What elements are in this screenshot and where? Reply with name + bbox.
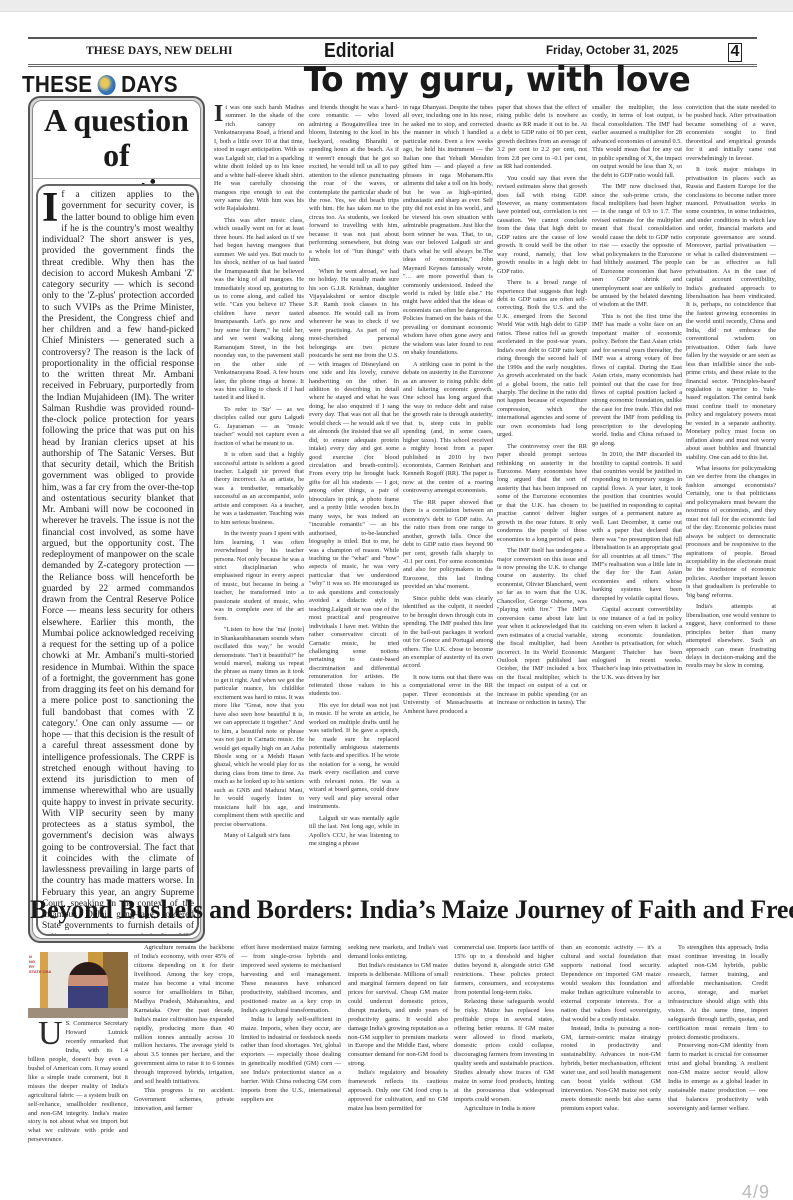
issue-date: Friday, October 31, 2025 — [546, 45, 678, 57]
maize-dropcap: U — [38, 1020, 63, 1048]
paragraph: Since public debt was clearly identified… — [403, 595, 493, 671]
lead-dropcap: I — [42, 190, 58, 226]
paragraph: Instead, India is pursuing a non-GM, far… — [561, 1025, 661, 1115]
lead-editorial-box: A question of proportion If a citizen ap… — [28, 96, 205, 943]
photo-banner-text: N NG RY STATE CHA — [29, 954, 51, 974]
paragraph: effort have modernised maize farming — f… — [241, 944, 341, 1016]
maize-column-4: commercial use. Imports face tariffs of … — [454, 944, 554, 1194]
paragraph: Lalgudi sir was mentally agile till the … — [309, 815, 399, 849]
maize-headline: Beyond Bushels and Borders: India’s Maiz… — [30, 895, 790, 925]
paragraph: It now turns out that there was a comput… — [403, 674, 493, 716]
column-brand: THESE DAYS — [22, 71, 178, 98]
feature-column-5: smaller the multiplier, the less costly,… — [592, 104, 682, 890]
paragraph: The IMF now disclosed that, since the su… — [592, 183, 682, 310]
feature-column-2: and friends thought he was a hard-core r… — [309, 104, 399, 890]
maize-column-5: than an economic activity — it's a cultu… — [561, 944, 661, 1194]
lead-headline: A question of proportion — [33, 101, 200, 179]
feature-column-3: in raga Dhanyasi. Despite the tubes all … — [403, 104, 493, 890]
paragraph: paper that shows that the effect of risi… — [497, 104, 587, 172]
brand-left: THESE — [22, 71, 92, 98]
paragraph: His eye for detail was not just in music… — [309, 702, 399, 812]
paragraph: Agriculture in India is more — [454, 1105, 554, 1114]
paragraph: Many of Lalgudi sir's fans — [214, 832, 304, 840]
paragraph: Agriculture remains the backbone of Indi… — [134, 944, 234, 1087]
paragraph: You could say that even the revised esti… — [497, 175, 587, 276]
paragraph: Capital account convertibility is one in… — [592, 606, 682, 682]
paragraph: conviction that the state needed to be p… — [686, 104, 776, 163]
paragraph: This is not the first time the IMF has m… — [592, 313, 682, 448]
paragraph: seeking new markets, and India's vast de… — [348, 944, 448, 962]
feature-dropcap: I — [214, 104, 223, 124]
paragraph: The IMF itself has undergone a major con… — [497, 547, 587, 708]
paragraph: Preserving non-GM identity from farm to … — [668, 1042, 768, 1114]
viewer-top-bar — [0, 0, 793, 12]
paragraph: There is a broad range of experience tha… — [497, 279, 587, 440]
lead-body: If a citizen applies to the government f… — [36, 184, 199, 936]
paragraph: A striking case in point is the debate o… — [403, 361, 493, 496]
paragraph: t was one such harsh Madras summer. In t… — [214, 104, 304, 212]
paragraph: It is often said that a highly successfu… — [214, 451, 304, 527]
globe-icon — [98, 75, 116, 95]
viewer-page-indicator: 4/9 — [742, 1182, 770, 1200]
paragraph: What lessons for policymaking can we der… — [686, 465, 776, 600]
paragraph: To strengthen this approach, India must … — [668, 944, 768, 1042]
maize-lead: US. Commerce Secretary Howard Lutnick re… — [28, 1020, 128, 1145]
paragraph: smaller the multiplier, the less costly,… — [592, 104, 682, 180]
paragraph: In the twenty years I spent with him lea… — [214, 530, 304, 623]
paragraph: The controversy over the RR paper should… — [497, 443, 587, 544]
paragraph: India's regulatory and biosafety framewo… — [348, 1069, 448, 1114]
feature-column-6: conviction that the state needed to be p… — [686, 104, 776, 890]
paragraph: commercial use. Imports face tariffs of … — [454, 944, 554, 998]
paragraph: "Listen to how the 'ma' [note] in Shanka… — [214, 626, 304, 829]
publication-name: THESE DAYS, NEW DELHI — [86, 45, 233, 57]
maize-column-2: effort have modernised maize farming — f… — [241, 944, 341, 1194]
paragraph: India's attempts at liberalisation, one … — [686, 603, 776, 671]
paragraph: than an economic activity — it's a cultu… — [561, 944, 661, 1025]
feature-headline: To my guru, with love — [223, 60, 770, 100]
paragraph: and friends thought he was a hard-core r… — [309, 104, 399, 265]
paragraph: The RR paper showed that there is a corr… — [403, 499, 493, 592]
paragraph: When he went abroad, we had no holiday. … — [309, 268, 399, 699]
lead-text: f a citizen applies to the government fo… — [42, 190, 194, 936]
paragraph: But India's resistance to GM maize impor… — [348, 962, 448, 1069]
paragraph: In 2010, the IMF discarded its hostility… — [592, 451, 682, 603]
paragraph: It took major mishaps in privatisation i… — [686, 166, 776, 462]
maize-column-3: seeking new markets, and India's vast de… — [348, 944, 448, 1194]
paragraph: This was after music class, which usuall… — [214, 217, 304, 403]
feature-column-1: It was one such harsh Madras summer. In … — [214, 104, 304, 890]
paragraph: To refer to 'Sir' — as we disciples call… — [214, 406, 304, 448]
paragraph: Relaxing these safeguards would be risky… — [454, 998, 554, 1105]
maize-column-1: Agriculture remains the backbone of Indi… — [134, 944, 234, 1194]
maize-column-6: To strengthen this approach, India must … — [668, 944, 768, 1194]
article-photo: N NG RY STATE CHA — [28, 952, 128, 1018]
brand-right: DAYS — [121, 71, 178, 98]
feature-column-4: paper that shows that the effect of risi… — [497, 104, 587, 890]
paragraph: in raga Dhanyasi. Despite the tubes all … — [403, 104, 493, 358]
paragraph: This progress is no accident. Government… — [134, 1087, 234, 1114]
paragraph: India is largely self-sufficient in maiz… — [241, 1016, 341, 1106]
